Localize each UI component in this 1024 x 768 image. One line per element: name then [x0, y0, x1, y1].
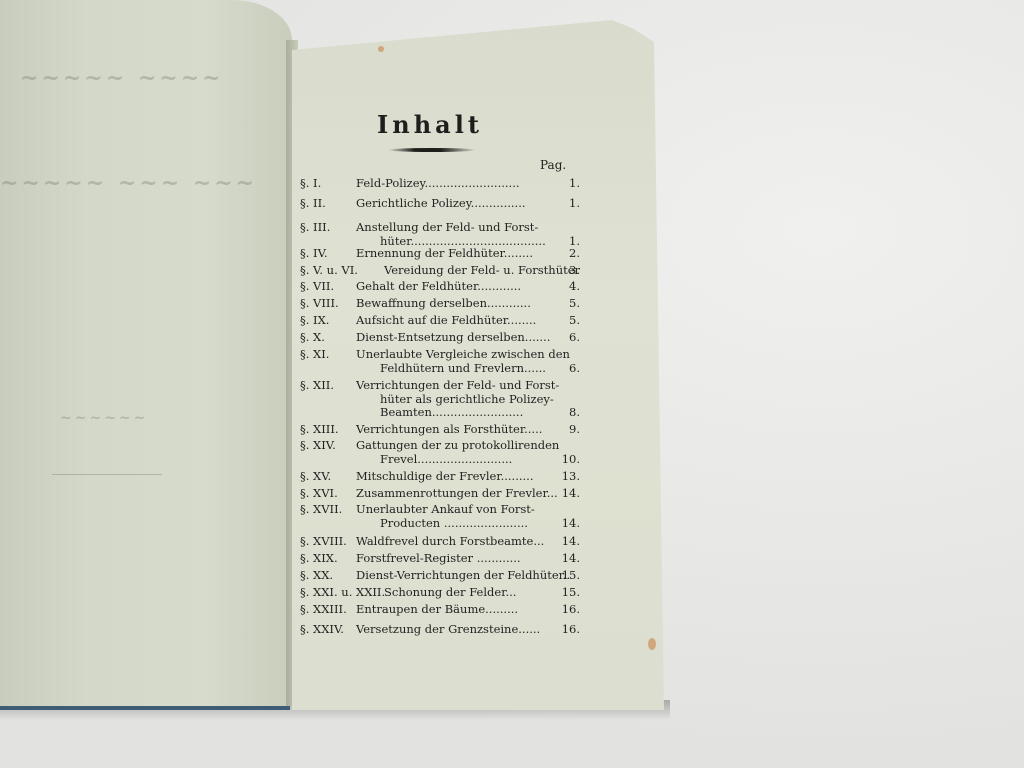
page-number: 4. — [569, 279, 580, 293]
section-number: §. X. — [300, 330, 325, 344]
section-number: §. XIV. — [300, 438, 336, 452]
page-number: 16. — [562, 622, 580, 636]
section-number: §. III. — [300, 220, 330, 234]
page-number: 10. — [562, 452, 580, 466]
show-through-text: ~~~~~ ~~~ ~~~ — [0, 170, 257, 196]
page-number: 5. — [569, 296, 580, 310]
page-title: Inhalt — [370, 110, 490, 139]
section-title: Gehalt der Feldhüter............ — [356, 279, 521, 293]
page-number: 1. — [569, 196, 580, 210]
section-title: Frevel.......................... — [380, 452, 512, 466]
section-number: §. IX. — [300, 313, 329, 327]
section-number: §. XII. — [300, 378, 334, 392]
section-number: §. XXI. u. XXII. — [300, 585, 385, 599]
page-number: 2. — [569, 246, 580, 260]
section-number: §. XXIV. — [300, 622, 344, 636]
section-title: Entraupen der Bäume......... — [356, 602, 518, 616]
section-title: Unerlaubter Ankauf von Forst- — [356, 502, 535, 516]
section-title: Producten ....................... — [380, 516, 528, 530]
section-title: Schonung der Felder... — [384, 585, 516, 599]
section-number: §. II. — [300, 196, 326, 210]
section-title: Verrichtungen der Feld- und Forst- — [356, 378, 559, 392]
section-number: §. XV. — [300, 469, 331, 483]
section-title: Waldfrevel durch Forstbeamte... — [356, 534, 544, 548]
section-number: §. XXIII. — [300, 602, 347, 616]
page-number: 8. — [569, 405, 580, 419]
section-number: §. XVI. — [300, 486, 338, 500]
section-number: §. XVIII. — [300, 534, 347, 548]
page-number: 15. — [562, 585, 580, 599]
section-title: Dienst-Entsetzung derselben....... — [356, 330, 550, 344]
title-ornament-rule — [388, 148, 476, 152]
section-title: Gerichtliche Polizey............... — [356, 196, 526, 210]
show-through-rule — [52, 474, 162, 475]
section-number: §. XX. — [300, 568, 333, 582]
page-number: 6. — [569, 361, 580, 375]
page-number: 14. — [562, 516, 580, 530]
show-through-text: ~~~~~ ~~~~ — [20, 65, 224, 91]
section-title: Bewaffnung derselben............ — [356, 296, 531, 310]
page-number: 6. — [569, 330, 580, 344]
section-title: Mitschuldige der Frevler......... — [356, 469, 534, 483]
section-number: §. VIII. — [300, 296, 339, 310]
section-number: §. XIX. — [300, 551, 338, 565]
section-number: §. I. — [300, 176, 321, 190]
section-title: Vereidung der Feld- u. Forsthüter — [384, 263, 580, 277]
page-number: 14. — [562, 534, 580, 548]
section-title: Anstellung der Feld- und Forst- — [356, 220, 538, 234]
section-title: Forstfrevel-Register ............ — [356, 551, 521, 565]
page-number: 14. — [562, 486, 580, 500]
section-title: Dienst-Verrichtungen der Feldhüter.. — [356, 568, 570, 582]
page-number: 9. — [569, 422, 580, 436]
foxing-spot — [648, 638, 656, 650]
page-number: 16. — [562, 602, 580, 616]
section-title: Ernennung der Feldhüter........ — [356, 246, 533, 260]
section-number: §. XVII. — [300, 502, 342, 516]
section-number: §. XI. — [300, 347, 329, 361]
section-title: Unerlaubte Vergleiche zwischen den — [356, 347, 570, 361]
section-title: Zusammenrottungen der Frevler... — [356, 486, 558, 500]
page-number: 15. — [562, 568, 580, 582]
section-title: Feld-Polizey.......................... — [356, 176, 520, 190]
section-title: Aufsicht auf die Feldhüter........ — [356, 313, 536, 327]
section-title: Versetzung der Grenzsteine...... — [356, 622, 540, 636]
section-number: §. VII. — [300, 279, 334, 293]
section-title: Gattungen der zu protokollirenden — [356, 438, 559, 452]
page-number: 13. — [562, 469, 580, 483]
page-number: 1. — [569, 176, 580, 190]
page-number: 3. — [569, 263, 580, 277]
section-title: Verrichtungen als Forsthüter..... — [356, 422, 542, 436]
page-number: 14. — [562, 551, 580, 565]
page-number: 5. — [569, 313, 580, 327]
page-column-header: Pag. — [540, 158, 566, 172]
section-number: §. V. u. VI. — [300, 263, 358, 277]
show-through-text: ~~~~~~ — [60, 410, 148, 426]
section-number: §. IV. — [300, 246, 328, 260]
section-title: Feldhütern und Frevlern...... — [380, 361, 546, 375]
section-title: Beamten......................... — [380, 405, 523, 419]
section-title: hüter als gerichtliche Polizey- — [380, 392, 554, 406]
section-number: §. XIII. — [300, 422, 339, 436]
left-page-verso: ~~~~~ ~~~~ ~~~~~ ~~~ ~~~ ~~~~~~ — [0, 0, 292, 706]
foxing-spot — [378, 46, 384, 52]
